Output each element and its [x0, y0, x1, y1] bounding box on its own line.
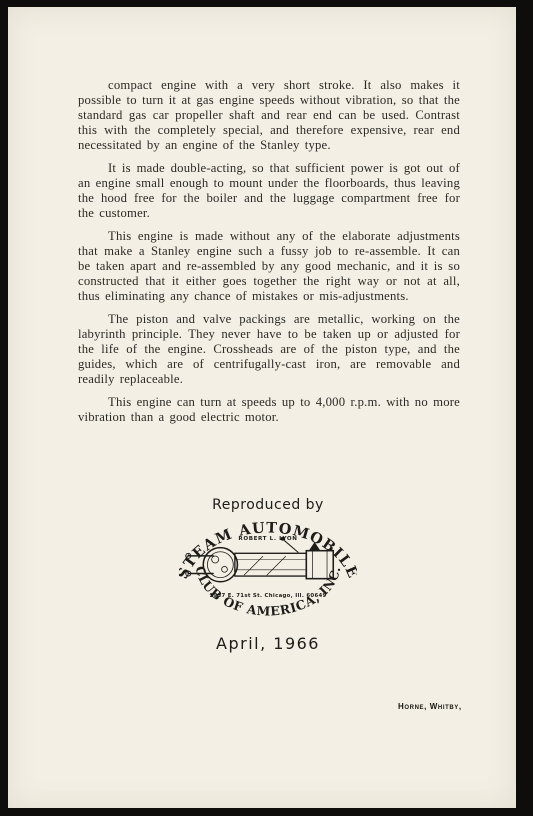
stamp-arc-bottom-label: CLUB OF AMERICA, INC.	[192, 565, 343, 619]
paragraph: It is made double-acting, so that suffic…	[78, 161, 460, 221]
paragraph: The piston and valve packings are metall…	[78, 312, 460, 387]
printer-credit: Horne, Whitby,	[398, 702, 462, 711]
stamp-date: April, 1966	[138, 634, 398, 653]
document-page: compact engine with a very short stroke.…	[8, 7, 516, 808]
paragraph: This engine can turn at speeds up to 4,0…	[78, 395, 460, 425]
reproduced-by-label: Reproduced by	[138, 497, 398, 513]
stamp-arc-bottom-text: CLUB OF AMERICA, INC.	[192, 565, 343, 619]
club-stamp-graphic: STEAM AUTOMOBILE ROBERT L. LYON	[179, 516, 357, 632]
stamp-member-name: ROBERT L. LYON	[238, 536, 297, 542]
paragraph: This engine is made without any of the e…	[78, 229, 460, 304]
body-text: compact engine with a very short stroke.…	[8, 7, 516, 425]
scan-background: { "document": { "paragraphs": [ "compact…	[0, 0, 533, 816]
paragraph: compact engine with a very short stroke.…	[78, 78, 460, 153]
reproduction-stamp: Reproduced by STEAM AUTOMOBILE ROBERT L.…	[138, 497, 398, 653]
